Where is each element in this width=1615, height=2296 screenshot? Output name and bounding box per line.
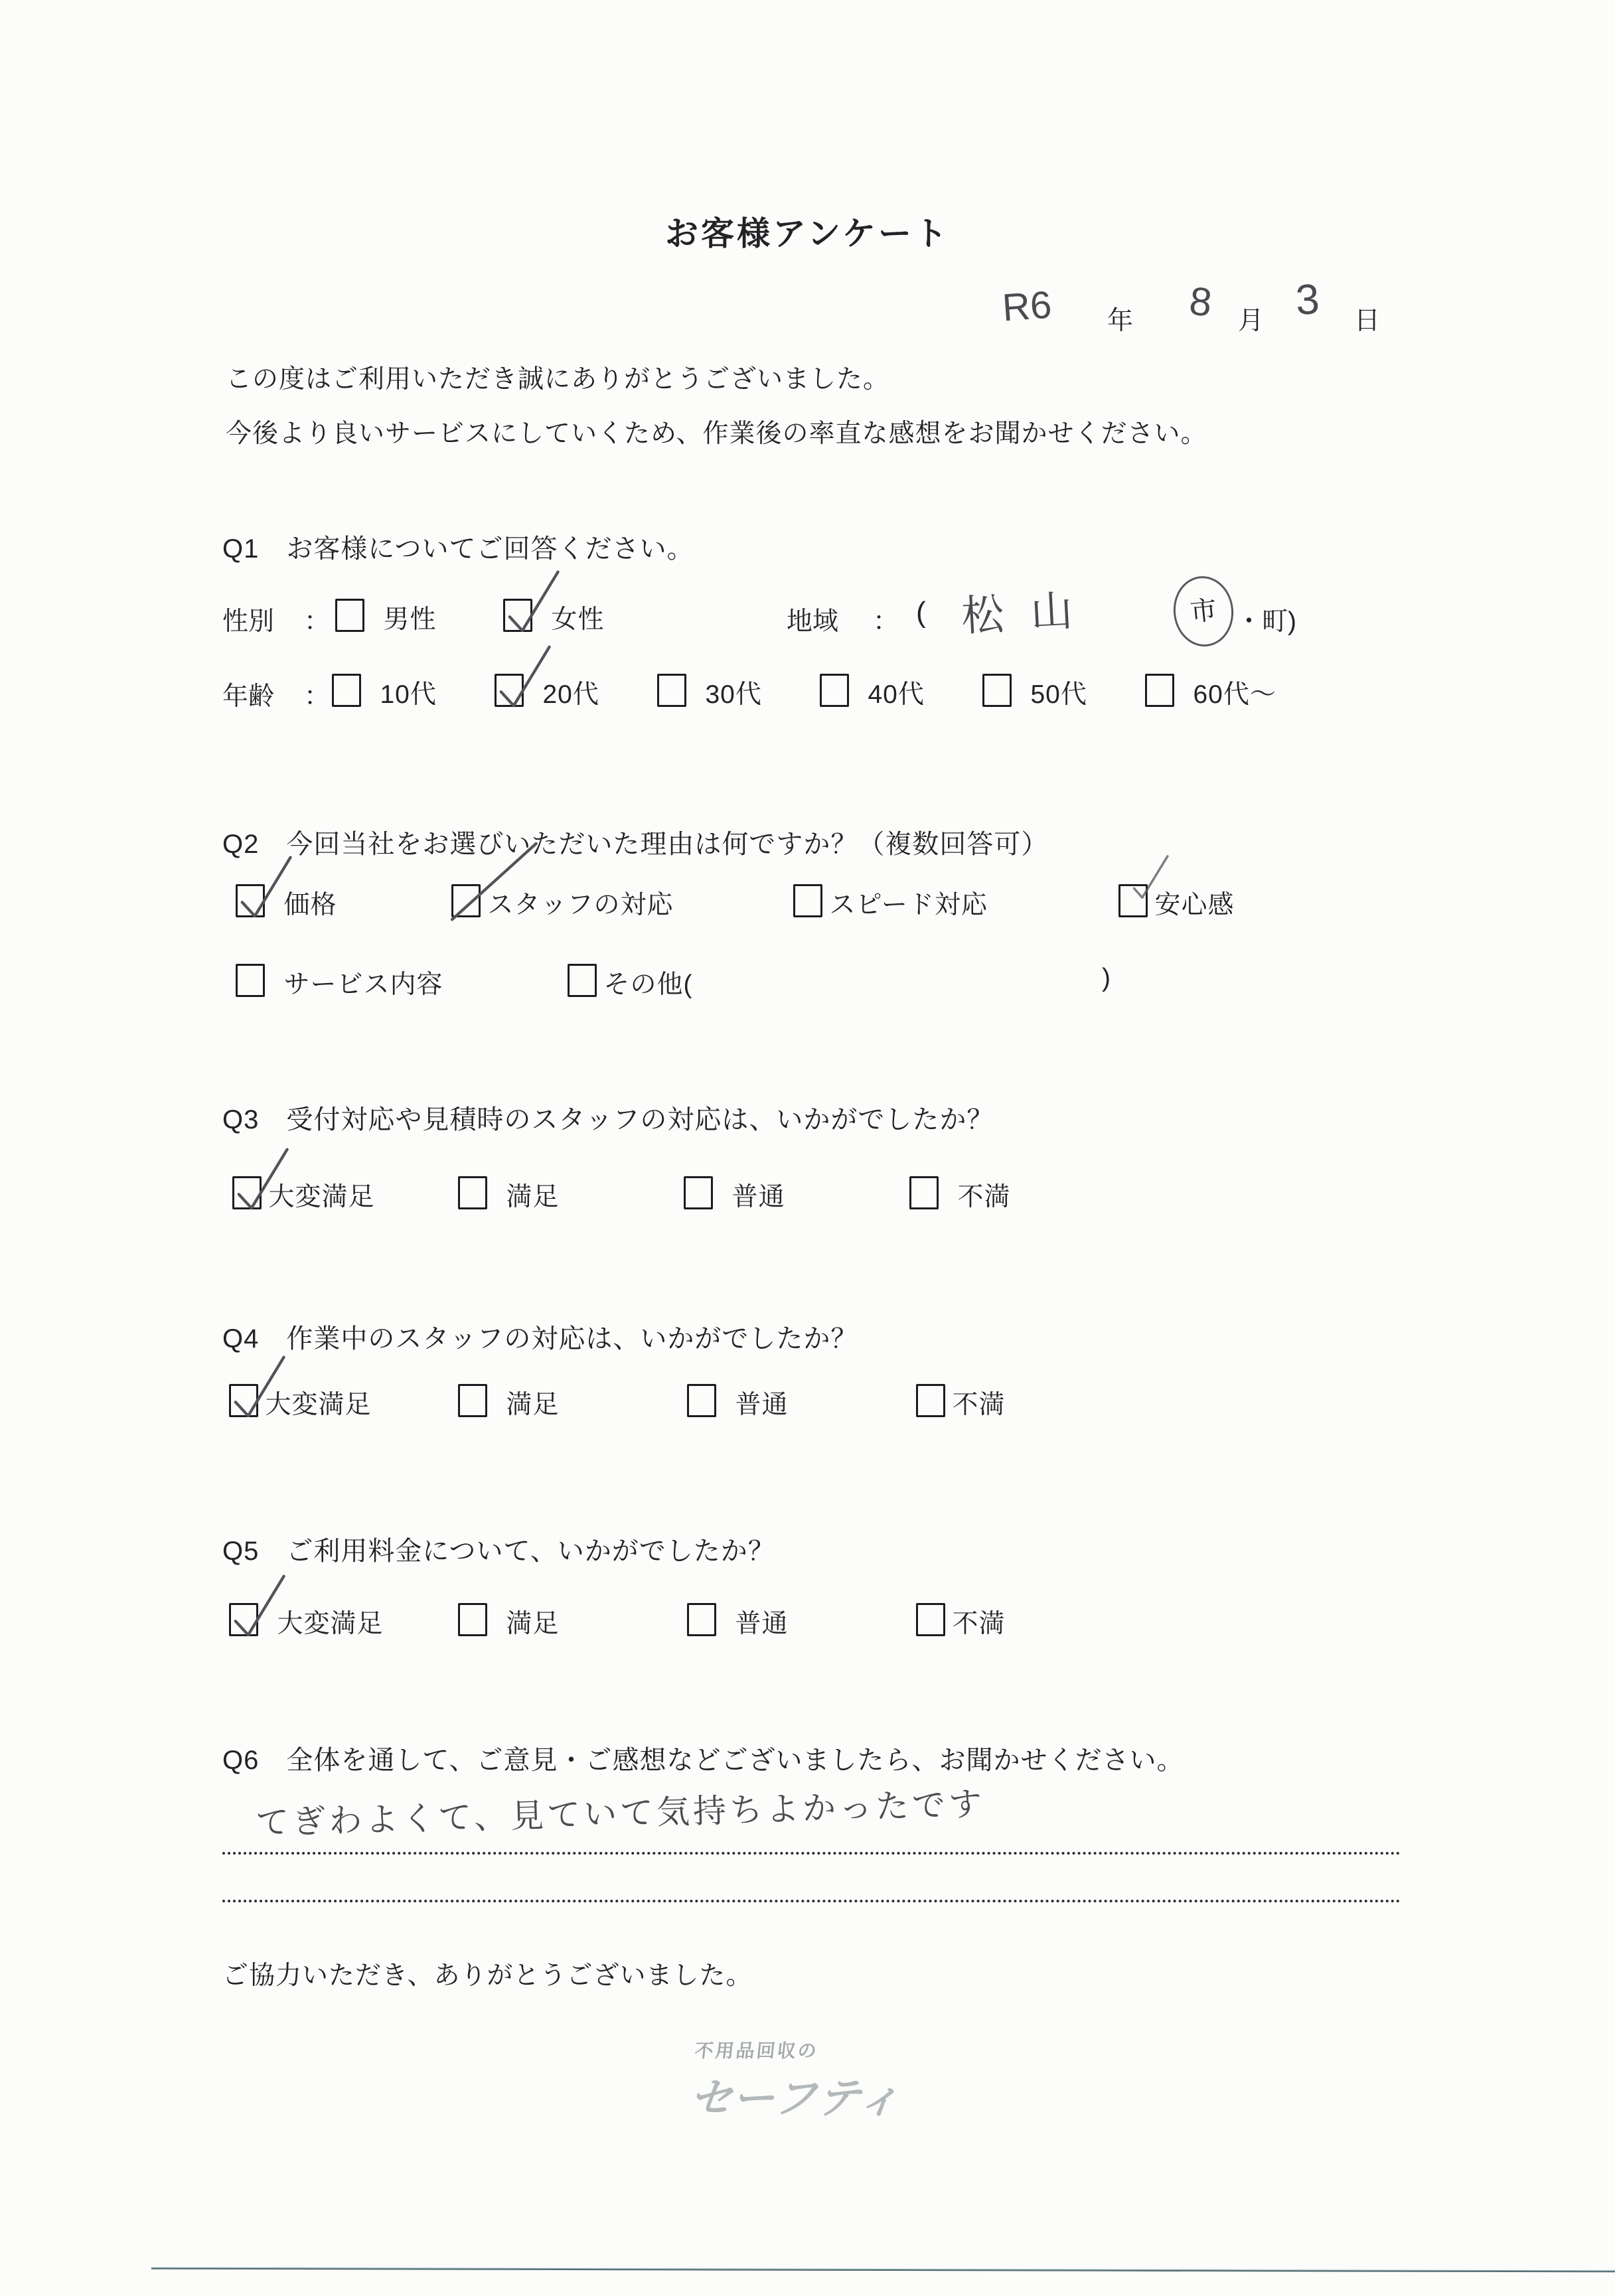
q4-heading: Q4 作業中のスタッフの対応は、いかがでしたか？	[222, 1318, 858, 1355]
option-label: 普通	[735, 1384, 788, 1421]
handwritten-month: 8	[1187, 277, 1213, 325]
checkbox-q3-normal[interactable]	[684, 1176, 713, 1209]
logo-name: セーフティ	[687, 2064, 905, 2125]
option-age-30s: 30代	[657, 674, 762, 707]
option-label: 普通	[735, 1603, 788, 1640]
checkbox-q5-dissatisfied[interactable]	[916, 1603, 945, 1636]
q3-option-very-satisfied: 大変満足	[232, 1176, 374, 1209]
option-age-40s: 40代	[820, 674, 925, 707]
option-label: 50代	[1030, 674, 1087, 711]
option-label: スピード対応	[829, 884, 987, 921]
checkbox-other[interactable]	[568, 964, 597, 997]
page-title: お客様アンケート	[0, 207, 1615, 255]
q5-option-normal: 普通	[687, 1603, 788, 1636]
region-colon: ：	[873, 601, 899, 638]
q1-heading: Q1 お客様についてご回答ください。	[222, 528, 694, 566]
q5-option-satisfied: 満足	[458, 1603, 559, 1636]
handwritten-region: 松山	[960, 575, 1101, 644]
checkbox-q5-normal[interactable]	[687, 1603, 716, 1636]
checkbox-q5-satisfied[interactable]	[458, 1603, 487, 1636]
intro-line-2: 今後より良いサービスにしていくため、作業後の率直な感想をお聞かせください。	[226, 413, 1207, 450]
option-label: 10代	[380, 674, 436, 711]
option-gender-female: 女性	[503, 599, 604, 632]
option-age-60s: 60代～	[1145, 674, 1276, 707]
handwritten-comment: てぎわよくて、見ていて気持ちよかったです	[255, 1778, 986, 1845]
intro-line-1: この度はご利用いただき誠にありがとうございました。	[226, 358, 889, 396]
option-label: その他(	[603, 964, 692, 1001]
scan-artifact-line	[151, 2267, 1615, 2273]
survey-form-page: お客様アンケート R6 年 8 月 3 日 この度はご利用いただき誠にありがとう…	[0, 0, 1615, 2296]
checkbox-female[interactable]	[503, 599, 532, 632]
option-reason-staff: スタッフの対応	[451, 884, 673, 917]
option-label: 普通	[731, 1176, 785, 1213]
q4-option-normal: 普通	[687, 1384, 788, 1417]
age-colon: ：	[304, 676, 330, 713]
option-label: サービス内容	[283, 964, 443, 1001]
option-label: 男性	[383, 599, 436, 636]
checkbox-speed-response[interactable]	[793, 884, 822, 917]
option-age-50s: 50代	[982, 674, 1087, 707]
checkbox-age-50s[interactable]	[982, 674, 1012, 707]
handwritten-day: 3	[1294, 274, 1320, 325]
checkbox-age-60s[interactable]	[1145, 674, 1174, 707]
option-age-10s: 10代	[332, 674, 437, 707]
option-reason-price: 価格	[236, 884, 337, 917]
company-logo: 不用品回収の セーフティ	[687, 2036, 908, 2125]
checkbox-sense-of-security[interactable]	[1118, 884, 1148, 917]
q6-heading: Q6 全体を通して、ご意見・ご感想などございましたら、お聞かせください。	[222, 1739, 1184, 1777]
answer-line-1	[222, 1849, 1401, 1855]
checkbox-staff-response[interactable]	[451, 884, 481, 917]
answer-line-2	[222, 1897, 1401, 1902]
closing-text: ご協力いただき、ありがとうございました。	[222, 1955, 752, 1992]
option-reason-speed: スピード対応	[793, 884, 988, 917]
q3-heading: Q3 受付対応や見積時のスタッフの対応は、いかがでしたか？	[222, 1099, 994, 1136]
other-close-paren: )	[1102, 964, 1111, 993]
logo-tagline: 不用品回収の	[694, 2036, 908, 2063]
checkbox-q3-satisfied[interactable]	[458, 1176, 487, 1209]
checkbox-age-20s[interactable]	[495, 674, 524, 707]
checkbox-q4-normal[interactable]	[687, 1384, 716, 1417]
checkbox-age-30s[interactable]	[657, 674, 686, 707]
gender-label: 性別	[222, 601, 274, 638]
option-reason-trust: 安心感	[1118, 884, 1234, 917]
date-year-label: 年	[1107, 300, 1133, 337]
q4-option-dissatisfied: 不満	[916, 1384, 1005, 1417]
q5-option-very-satisfied: 大変満足	[229, 1603, 383, 1636]
checkbox-service-content[interactable]	[236, 964, 265, 997]
option-label: 満足	[506, 1603, 559, 1640]
date-month-label: 月	[1238, 300, 1264, 337]
option-label: 不満	[952, 1384, 1005, 1421]
checkbox-price[interactable]	[236, 884, 265, 917]
handwritten-era-year: R6	[1001, 282, 1053, 330]
option-label: 大変満足	[277, 1603, 383, 1640]
q3-option-normal: 普通	[684, 1176, 785, 1209]
option-reason-other: その他(	[568, 964, 692, 997]
option-label: スタッフの対応	[487, 884, 673, 921]
q4-option-very-satisfied: 大変満足	[229, 1384, 371, 1417]
q2-heading: Q2 今回当社をお選びいただいた理由は何ですか？（複数回答可）	[222, 823, 1048, 861]
checkbox-q4-satisfied[interactable]	[458, 1384, 487, 1417]
option-label: 40代	[868, 674, 924, 711]
option-label: 不満	[952, 1603, 1005, 1640]
checkbox-q3-very-satisfied[interactable]	[232, 1176, 262, 1209]
checkbox-q4-dissatisfied[interactable]	[916, 1384, 945, 1417]
q5-option-dissatisfied: 不満	[916, 1603, 1005, 1636]
option-reason-service: サービス内容	[236, 964, 443, 997]
option-label: 20代	[542, 674, 599, 711]
option-gender-male: 男性	[335, 599, 436, 632]
q3-option-dissatisfied: 不満	[909, 1176, 1010, 1209]
q5-heading: Q5 ご利用料金について、いかがでしたか？	[222, 1530, 775, 1568]
option-label: 不満	[957, 1176, 1010, 1213]
option-age-20s: 20代	[495, 674, 599, 707]
region-label: 地域	[787, 601, 838, 638]
checkbox-male[interactable]	[335, 599, 364, 632]
age-label: 年齢	[222, 676, 274, 713]
option-label: 60代～	[1193, 674, 1276, 711]
region-open-paren: (	[916, 596, 926, 629]
q3-option-satisfied: 満足	[458, 1176, 559, 1209]
region-circled-city: 市	[1170, 574, 1237, 650]
checkbox-q3-dissatisfied[interactable]	[909, 1176, 939, 1209]
checkbox-q5-very-satisfied[interactable]	[229, 1603, 258, 1636]
checkbox-q4-very-satisfied[interactable]	[229, 1384, 258, 1417]
checkbox-age-40s[interactable]	[820, 674, 849, 707]
option-label: 満足	[506, 1176, 559, 1213]
option-label: 満足	[506, 1384, 559, 1421]
gender-colon: ：	[304, 601, 330, 638]
date-day-label: 日	[1354, 300, 1380, 337]
option-label: 30代	[705, 674, 761, 711]
region-suffix: ・町)	[1236, 601, 1296, 638]
checkbox-age-10s[interactable]	[332, 674, 361, 707]
q4-option-satisfied: 満足	[458, 1384, 559, 1417]
